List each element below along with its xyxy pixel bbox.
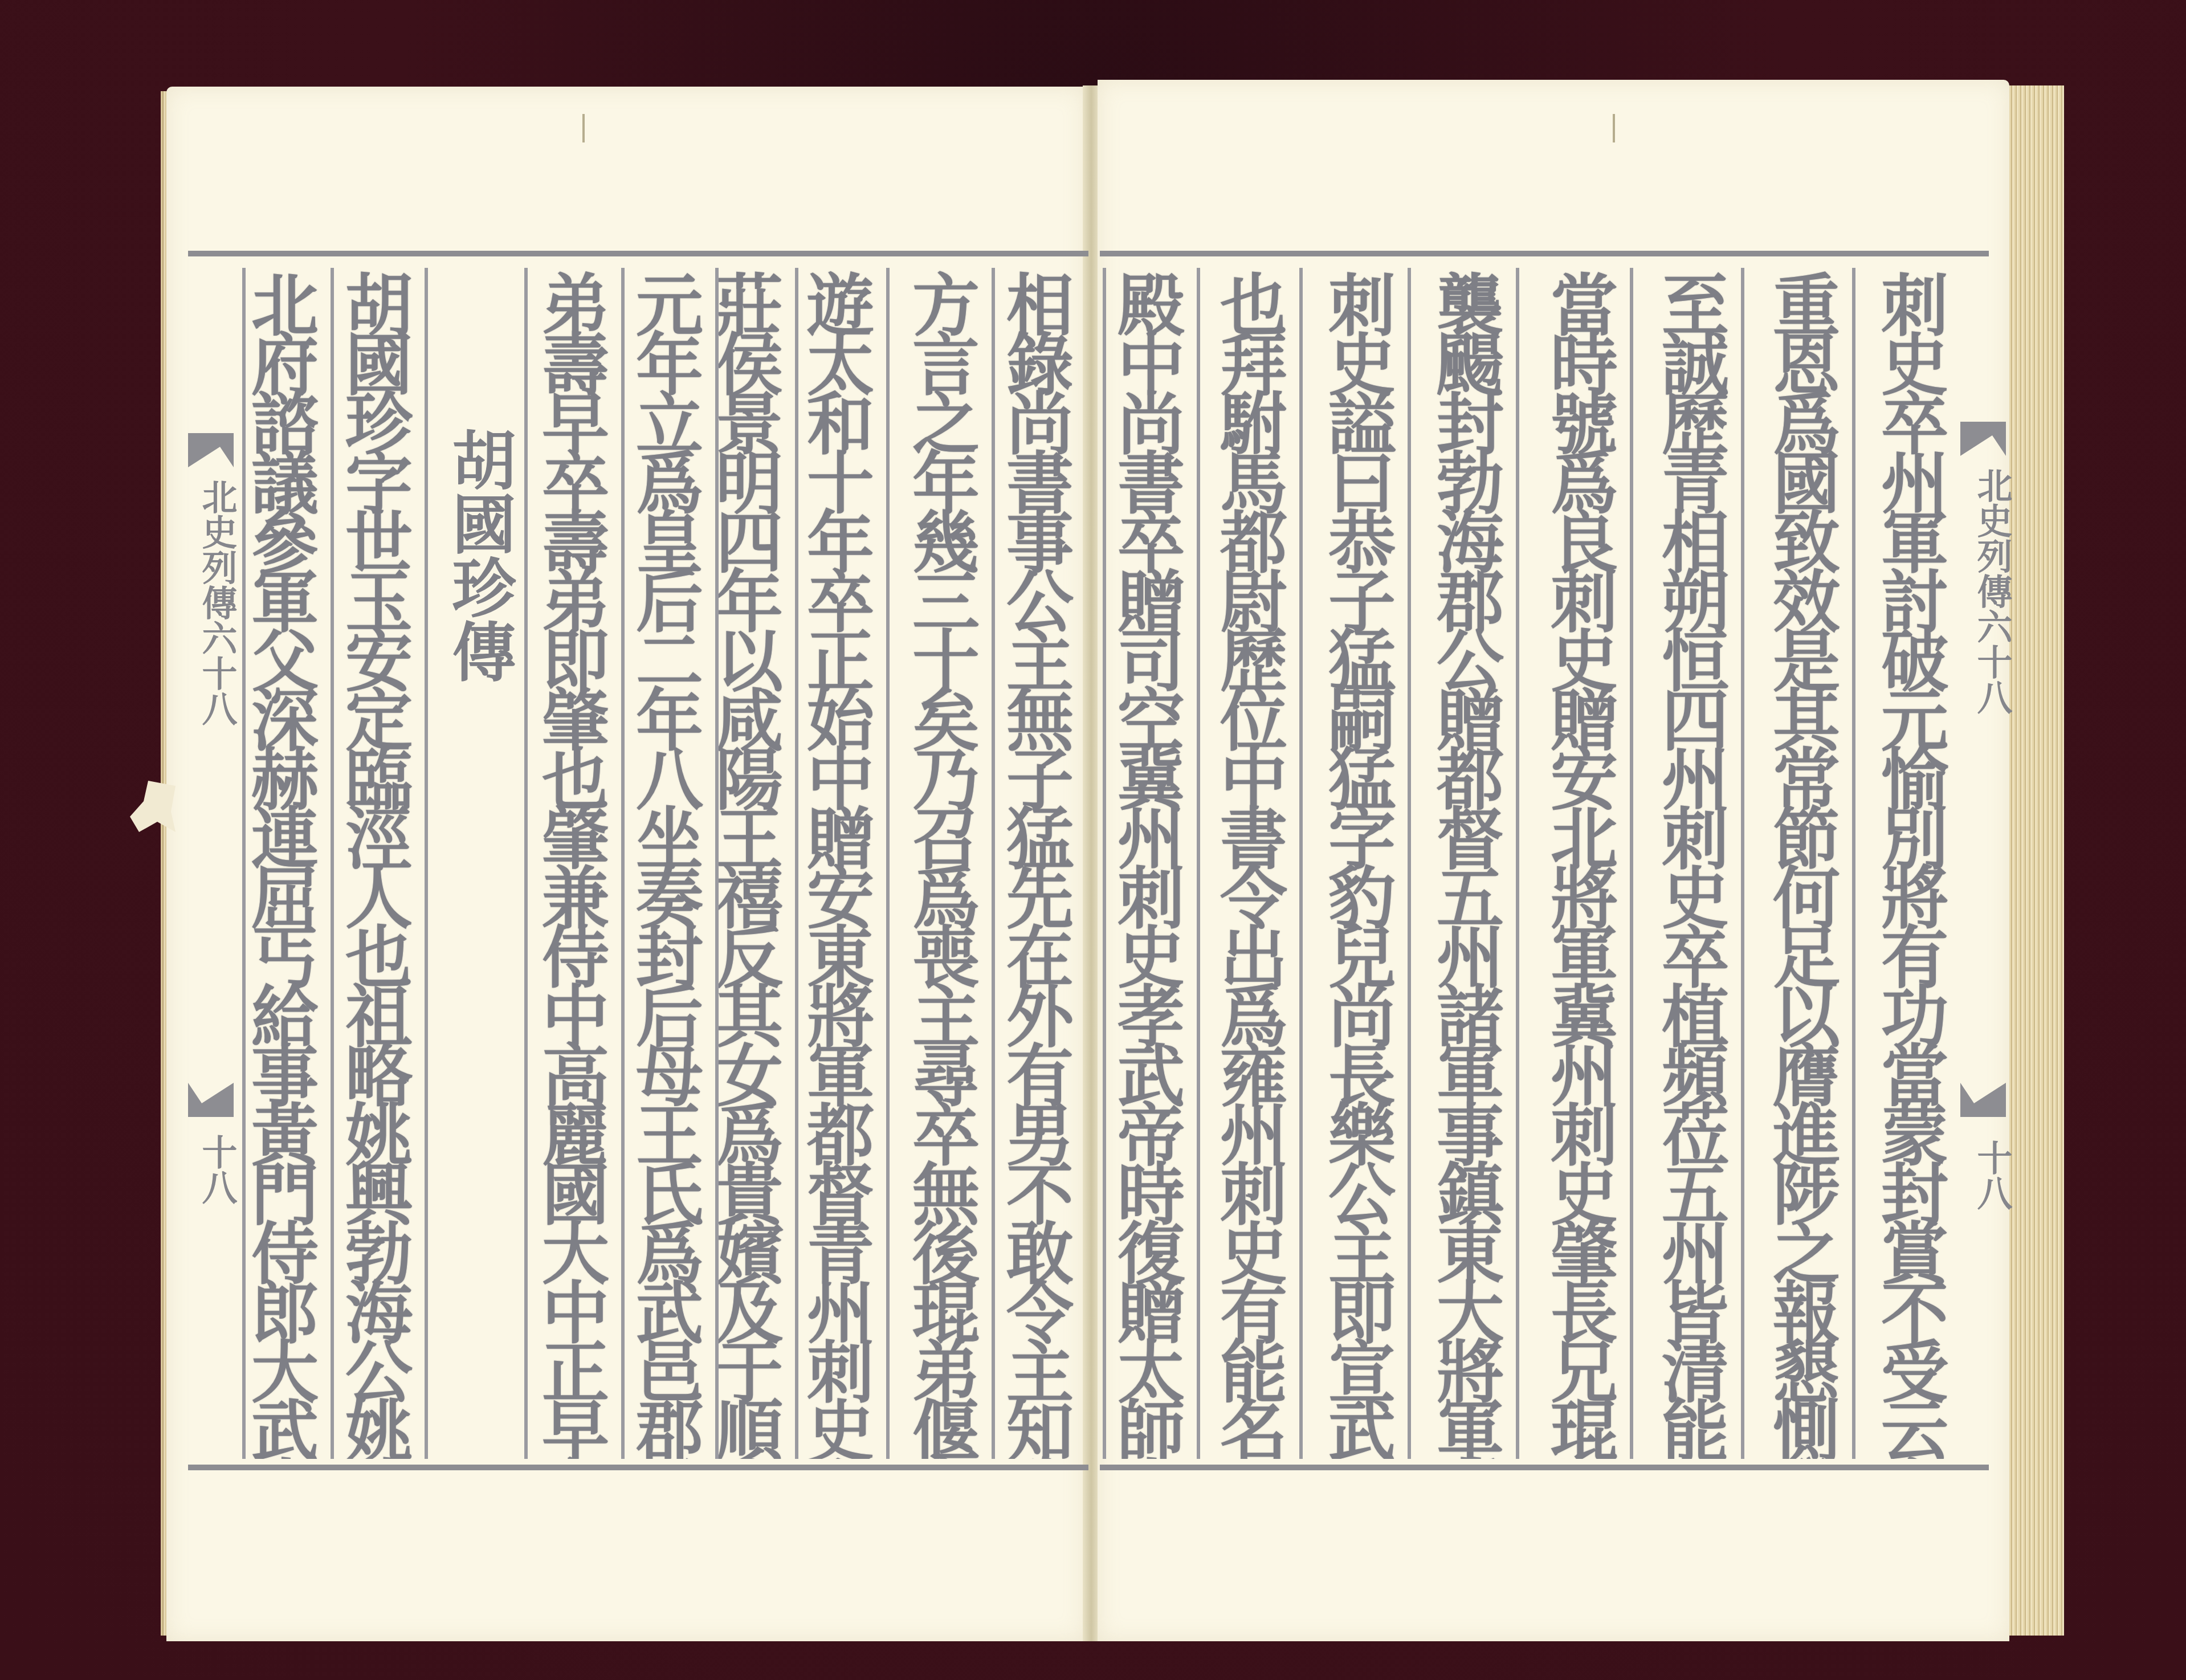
right-fold-page-number: 十八	[1966, 1140, 2017, 1254]
right-page-stack-edge	[2009, 85, 2064, 1636]
left-bio-col-1: 胡國珍字世玉安定臨涇人也祖略姚興勃海公姚逵平	[331, 268, 425, 1459]
paper-crease-mark	[582, 114, 585, 142]
right-fold-title: 北史列傳六十八	[1966, 467, 2017, 809]
right-col-5: 襲颺封勃海郡公贈都督五州諸軍事鎮東大將軍冀州	[1408, 268, 1516, 1459]
left-col-2: 方言之年幾三十矣乃召爲喪主尋卒無後琨弟偃字仲	[886, 268, 992, 1459]
paper-crease-mark	[1613, 114, 1615, 142]
left-fold-page-number: 十八	[191, 1134, 242, 1248]
left-col-4: 莊侯景明四年以咸陽王禧反其女爲貴嬪及于順皇后崩永平	[715, 268, 795, 1459]
left-col-1: 相錄尚書事公主無子猛先在外有男不敢令主知臨終	[992, 268, 1086, 1459]
right-col-1: 刺史卒州軍討破元愉別將有功當蒙封賞不受云家奇	[1852, 268, 1960, 1459]
right-col-3: 至誠歷青相朔恒四州刺史卒植頻莅五州皆清能著稱	[1630, 268, 1741, 1459]
right-col-4: 當時號爲良刺史贈安北將軍冀州刺史肇長兄琨早卒	[1516, 268, 1630, 1459]
torn-paper-fragment	[130, 781, 176, 832]
right-col-8: 殿中尚書卒贈司空冀州刺史孝武帝時復贈太師大丞	[1103, 268, 1197, 1459]
left-fold-title: 北史列傳六十八	[191, 479, 242, 775]
left-col-3: 遊太和十年卒正始中贈安東將軍都督青州刺史謚曰	[795, 268, 886, 1459]
right-col-7: 也拜駙馬都尉歷位中書令出爲雍州刺史有能名入爲	[1197, 268, 1299, 1459]
right-col-2: 重恩爲國致效是其常節何足以膺進陟之報懇惻發於	[1741, 268, 1852, 1459]
left-col-6: 弟壽早卒壽弟即肇也肇兼侍中高麗國大中正早卒	[524, 268, 621, 1459]
left-bio-col-2: 北府諮議參軍父深赫連屈丐給事黃門侍郎大武克統	[242, 268, 331, 1459]
right-col-6: 刺史謚曰恭子猛嗣猛字豹兒尚長樂公主即宣武同母妹	[1299, 268, 1408, 1459]
biography-title: 胡國珍傳	[425, 268, 533, 1459]
left-col-5: 元年立爲皇后二年八坐奏封后母王氏爲武邑郡君偃	[621, 268, 715, 1459]
